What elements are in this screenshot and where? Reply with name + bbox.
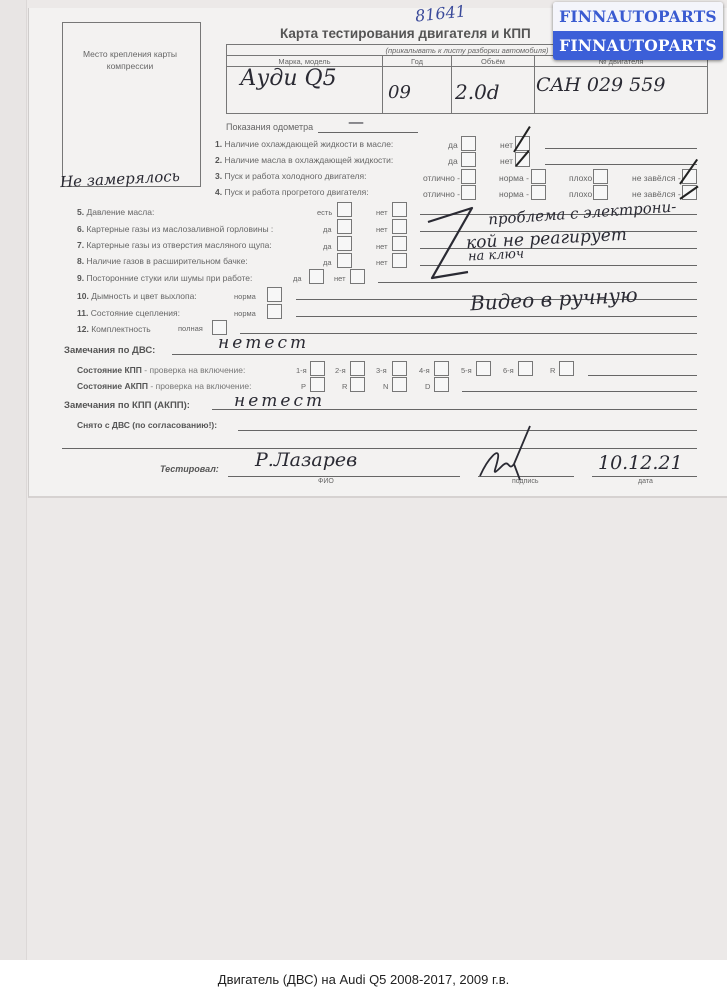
question-6: 6. Картерные газы из маслозаливной горло… [77, 224, 273, 234]
watermark-line-2: FINNAUTOPARTS [553, 31, 723, 60]
signature-caption: подпись [512, 478, 538, 485]
scan-edge [0, 0, 27, 960]
watermark-line-1: FINNAUTOPARTS [553, 2, 723, 31]
col-year: Год [383, 56, 452, 67]
q7-no-checkbox[interactable] [392, 236, 407, 251]
kpp-gear-6-checkbox[interactable] [518, 361, 533, 376]
col-make-model: Марка, модель [227, 56, 383, 67]
q9-no-checkbox[interactable] [350, 269, 365, 284]
q11-normal-checkbox[interactable] [267, 304, 282, 319]
tester-name-value: Р.Лазарев [255, 449, 357, 471]
question-2: 2. Наличие масла в охлаждающей жидкости: [215, 155, 393, 165]
kpp-gear-1-checkbox[interactable] [310, 361, 325, 376]
date-value: 10.12.21 [598, 452, 683, 474]
q8-yes-checkbox[interactable] [337, 253, 352, 268]
odometer-line [318, 132, 418, 133]
question-12: 12. Комплектность [77, 324, 151, 334]
odometer-value: — [348, 112, 364, 131]
value-volume: 2.0d [455, 80, 500, 104]
value-engine-number: CAH 029 559 [536, 74, 665, 96]
odometer-label: Показания одометра [226, 122, 313, 132]
question-10: 10. Дымность и цвет выхлопа: [77, 291, 197, 301]
akpp-check-label: Состояние АКПП - проверка на включение: [77, 381, 251, 391]
question-1: 1. Наличие охлаждающей жидкости в масле: [215, 139, 393, 149]
q6-yes-checkbox[interactable] [337, 219, 352, 234]
compression-card-label: Место крепления карты компрессии [80, 48, 180, 72]
akpp-p-checkbox[interactable] [310, 377, 325, 392]
value-make-model: Ауди Q5 [240, 66, 337, 91]
question-11: 11. Состояние сцепления: [77, 308, 180, 318]
q3-bad-checkbox[interactable] [593, 169, 608, 184]
tested-by-label: Тестировал: [160, 464, 219, 474]
q6-no-checkbox[interactable] [392, 219, 407, 234]
kpp-check-label: Состояние КПП - проверка на включение: [77, 365, 245, 375]
q2-yes-checkbox[interactable] [461, 152, 476, 167]
q3-normal-checkbox[interactable] [531, 169, 546, 184]
kpp-gear-2-checkbox[interactable] [350, 361, 365, 376]
dvs-remarks-label: Замечания по ДВС: [64, 345, 155, 356]
card-title: Карта тестирования двигателя и КПП [280, 26, 531, 41]
question-3: 3. Пуск и работа холодного двигателя: [215, 171, 366, 181]
kpp-remarks-label: Замечания по КПП (АКПП): [64, 400, 190, 411]
question-7: 7. Картерные газы из отверстия масляного… [77, 240, 272, 250]
question-8: 8. Наличие газов в расширительном бачке: [77, 256, 248, 266]
kpp-gear-3-checkbox[interactable] [392, 361, 407, 376]
name-caption: ФИО [318, 478, 334, 485]
akpp-d-checkbox[interactable] [434, 377, 449, 392]
col-volume: Объём [452, 56, 535, 67]
finnautoparts-watermark: FINNAUTOPARTS FINNAUTOPARTS [553, 2, 723, 60]
q7-yes-checkbox[interactable] [337, 236, 352, 251]
q10-normal-checkbox[interactable] [267, 287, 282, 302]
compression-card-area [62, 22, 201, 187]
kpp-remarks-value: нетест [234, 391, 325, 411]
q4-excellent-checkbox[interactable] [461, 185, 476, 200]
q3-excellent-checkbox[interactable] [461, 169, 476, 184]
engine-note-line-3: на ключ [468, 247, 525, 265]
question-4: 4. Пуск и работа прогретого двигателя: [215, 187, 369, 197]
kpp-gear-r-checkbox[interactable] [559, 361, 574, 376]
q1-yes-checkbox[interactable] [461, 136, 476, 151]
q4-bad-checkbox[interactable] [593, 185, 608, 200]
dvs-remarks-value: нетест [218, 333, 309, 353]
question-5: 5. Давление масла: [77, 207, 154, 217]
value-year: 09 [388, 82, 411, 103]
akpp-n-checkbox[interactable] [392, 377, 407, 392]
q5-yes-checkbox[interactable] [337, 202, 352, 217]
q9-yes-checkbox[interactable] [309, 269, 324, 284]
akpp-r-checkbox[interactable] [350, 377, 365, 392]
kpp-gear-5-checkbox[interactable] [476, 361, 491, 376]
date-caption: дата [638, 478, 653, 485]
image-caption: Двигатель (ДВС) на Audi Q5 2008-2017, 20… [0, 960, 727, 1000]
q8-no-checkbox[interactable] [392, 253, 407, 268]
kpp-gear-4-checkbox[interactable] [434, 361, 449, 376]
q4-normal-checkbox[interactable] [531, 185, 546, 200]
q5-no-checkbox[interactable] [392, 202, 407, 217]
removed-from-dvs-label: Снято с ДВС (по согласованию!): [77, 420, 217, 430]
question-9: 9. Посторонние стуки или шумы при работе… [77, 273, 252, 283]
